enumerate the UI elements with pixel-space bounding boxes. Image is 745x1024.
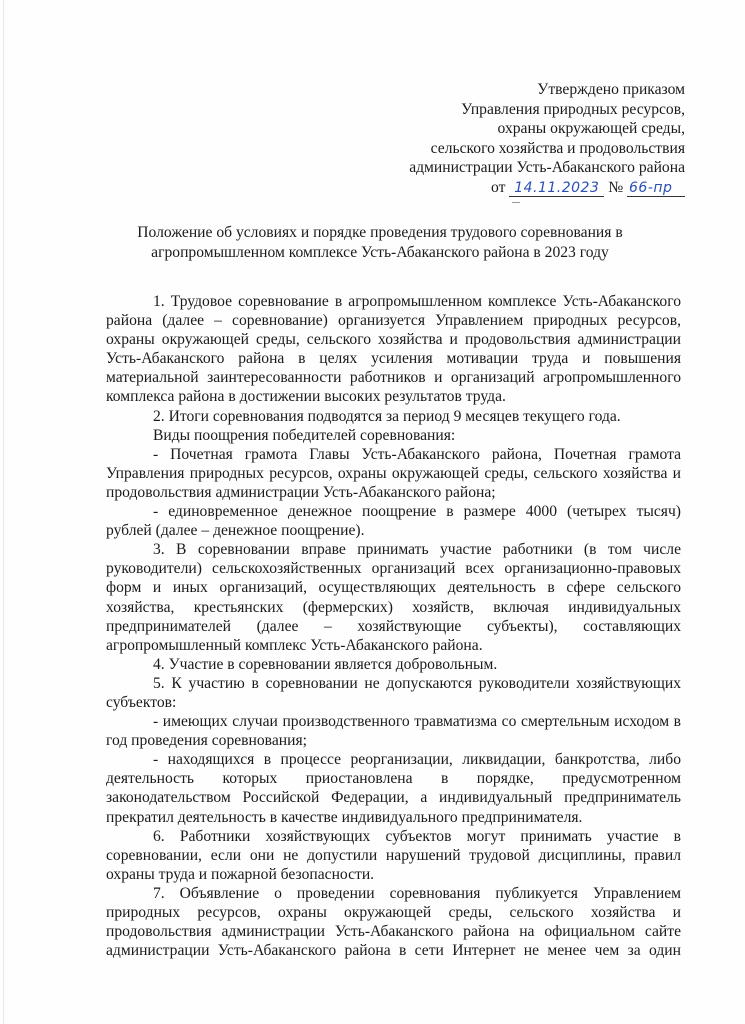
order-date-handwritten: 14.11.2023 xyxy=(509,180,604,197)
scan-edge xyxy=(3,0,4,1024)
exclusion-item-reorganization: - находящихся в процессе реорганизации, … xyxy=(106,750,681,826)
document-body: 1. Трудовое соревнование в агропромышлен… xyxy=(106,292,681,960)
paragraph-5: 5. К участию в соревновании не допускают… xyxy=(106,674,681,712)
paragraph-7: 7. Объявление о проведении соревнования … xyxy=(106,884,681,960)
document-title: Положение об условиях и порядке проведен… xyxy=(100,223,660,263)
paragraph-2: 2. Итоги соревнования подводятся за пери… xyxy=(106,407,681,426)
order-reference: от 14.11.2023 № 66-пр xyxy=(325,178,685,198)
approval-line: охраны окружающей среды, xyxy=(325,119,685,139)
paragraph-6: 6. Работники хозяйствующих субъектов мог… xyxy=(106,827,681,884)
reward-item-certificate: - Почетная грамота Главы Усть-Абаканског… xyxy=(106,445,681,502)
paragraph-4: 4. Участие в соревновании является добро… xyxy=(106,655,681,674)
approval-line: Утверждено приказом xyxy=(325,80,685,100)
approval-line: сельского хозяйства и продовольствия xyxy=(325,139,685,159)
paragraph-1: 1. Трудовое соревнование в агропромышлен… xyxy=(106,292,681,407)
approval-block: Утверждено приказом Управления природных… xyxy=(325,80,685,198)
approval-line: администрации Усть-Абаканского района xyxy=(325,158,685,178)
title-line: агропромышленном комплексе Усть-Абаканск… xyxy=(100,243,660,263)
title-line: Положение об условиях и порядке проведен… xyxy=(100,223,660,243)
reward-item-money: - единовременное денежное поощрение в ра… xyxy=(106,502,681,540)
document-page: Утверждено приказом Управления природных… xyxy=(0,0,745,1024)
exclusion-item-injury: - имеющих случаи производственного травм… xyxy=(106,712,681,750)
scan-mark xyxy=(512,202,520,203)
order-prefix: от xyxy=(491,179,505,196)
approval-line: Управления природных ресурсов, xyxy=(325,100,685,120)
order-number-sign: № xyxy=(608,179,623,196)
reward-types-heading: Виды поощрения победителей соревнования: xyxy=(106,426,681,445)
order-number-handwritten: 66-пр xyxy=(627,180,685,197)
paragraph-3: 3. В соревновании вправе принимать участ… xyxy=(106,540,681,655)
